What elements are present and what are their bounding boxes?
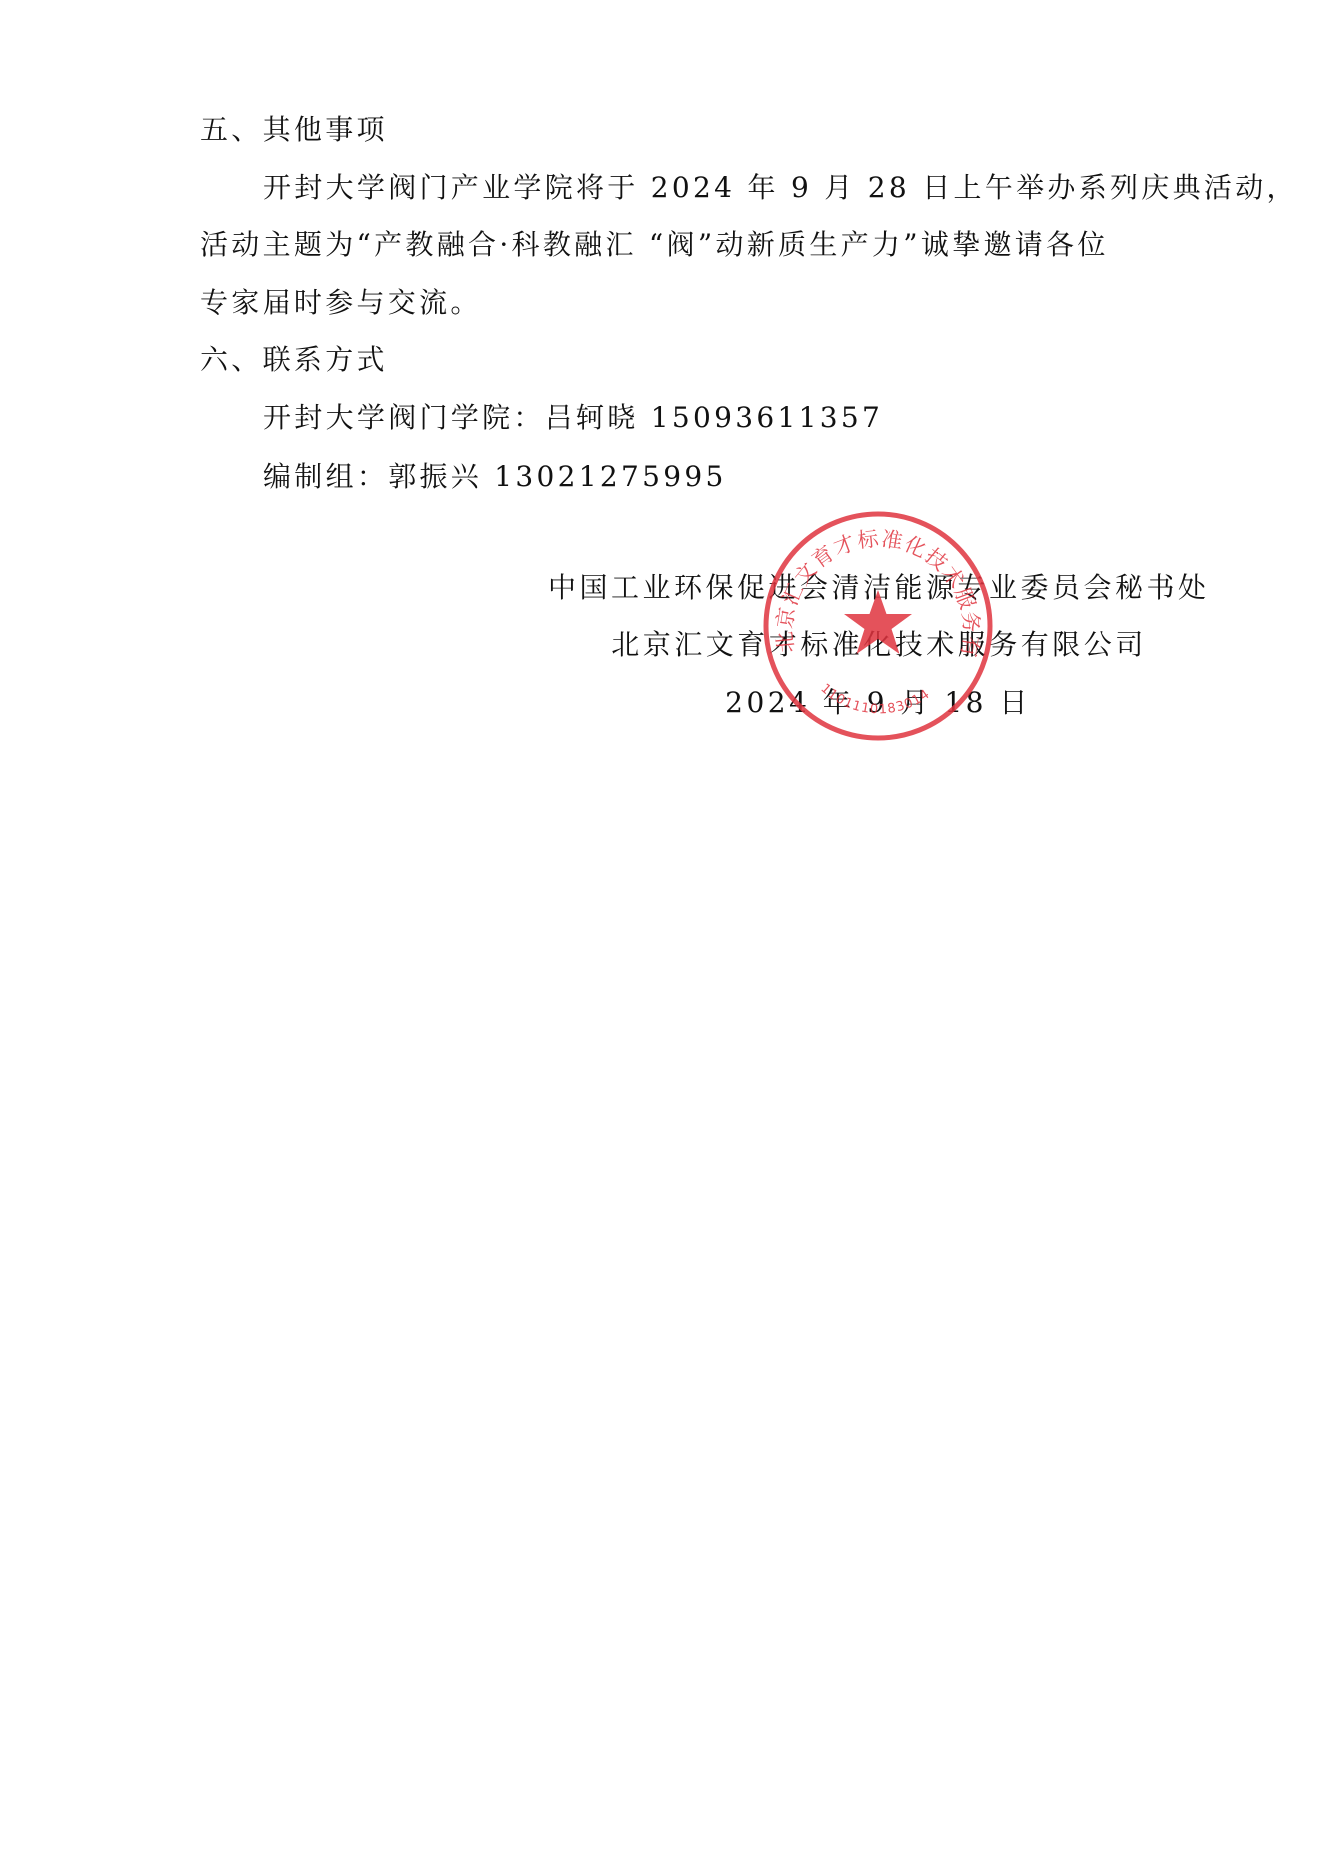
signature-org-company: 北京汇文育才标准化技术服务有限公司 bbox=[548, 628, 1210, 662]
signature-date: 2024 年 9 月 18 日 bbox=[548, 686, 1208, 720]
document-page: 五、其他事项 开封大学阀门产业学院将于 2024 年 9 月 28 日上午举办系… bbox=[0, 0, 1322, 1871]
signature-org-secretariat: 中国工业环保促进会清洁能源专业委员会秘书处 bbox=[548, 571, 1208, 605]
signature-block: 中国工业环保促进会清洁能源专业委员会秘书处 北京汇文育才标准化技术服务有限公司 … bbox=[0, 0, 1322, 800]
